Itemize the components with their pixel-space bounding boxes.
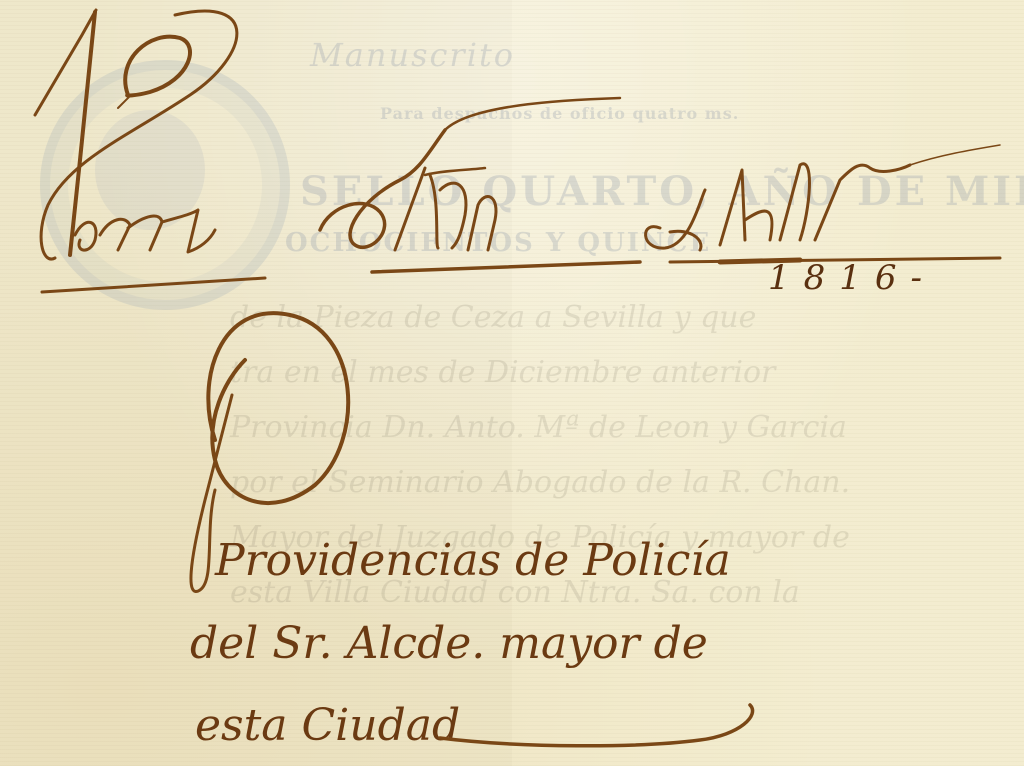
- heading-number-mark: 1ª: [40, 200, 41, 201]
- manuscript-page: Manuscrito Para despachos de oficio quat…: [0, 0, 1024, 766]
- ciudad-flourish: [0, 0, 1024, 766]
- heading-word: Pieza: [80, 230, 83, 231]
- body-initial: P: [215, 330, 216, 331]
- year-annotation: 1816-: [768, 258, 936, 298]
- title-line: Año de 1816: [320, 200, 326, 201]
